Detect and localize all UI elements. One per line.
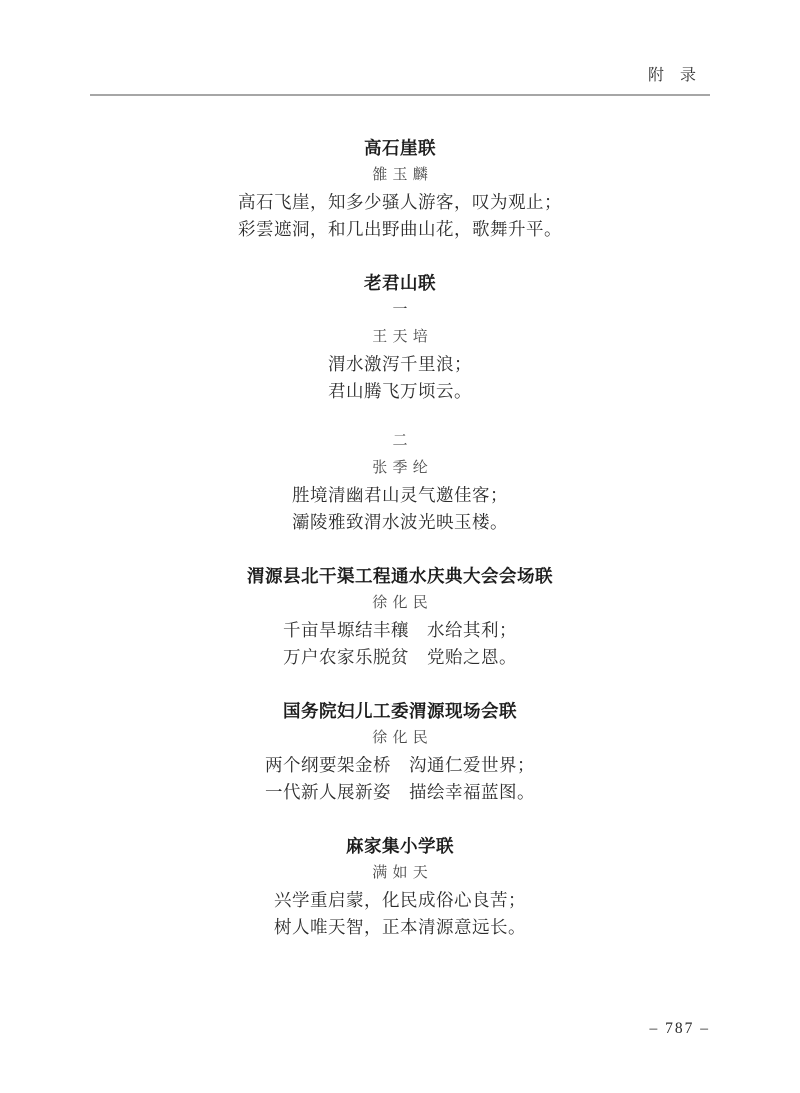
couplet-section: 徐化民 千亩旱塬结丰穰 水给其利； 万户农家乐脱贫 党贻之恩。 xyxy=(90,590,710,671)
page-number: – 787 – xyxy=(650,1020,711,1038)
author-name: 张季纶 xyxy=(90,455,710,482)
page-header: 附 录 xyxy=(90,0,710,96)
couplet-block-fuergongwei: 国务院妇儿工委渭源现场会联 徐化民 两个纲要架金桥 沟通仁爱世界； 一代新人展新… xyxy=(90,698,710,806)
header-rule xyxy=(90,94,710,96)
couplet-line-upper: 高石飞崖，知多少骚人游客，叹为观止； xyxy=(90,189,710,216)
couplet-title: 老君山联 xyxy=(90,270,710,297)
couplet-section: 徐化民 两个纲要架金桥 沟通仁爱世界； 一代新人展新姿 描绘幸福蓝图。 xyxy=(90,725,710,806)
section-number: 二 xyxy=(90,428,710,455)
couplet-line-lower: 君山腾飞万顷云。 xyxy=(90,378,710,405)
couplet-line-lower: 彩雲遮洞，和几出野曲山花，歌舞升平。 xyxy=(90,216,710,243)
couplet-block-beiganqu: 渭源县北干渠工程通水庆典大会会场联 徐化民 千亩旱塬结丰穰 水给其利； 万户农家… xyxy=(90,563,710,671)
page-content: 高石崖联 雒玉麟 高石飞崖，知多少骚人游客，叹为观止； 彩雲遮洞，和几出野曲山花… xyxy=(90,135,710,941)
book-page: 附 录 高石崖联 雒玉麟 高石飞崖，知多少骚人游客，叹为观止； 彩雲遮洞，和几出… xyxy=(0,0,800,1093)
couplet-section-1: 一 王天培 渭水激泻千里浪； 君山腾飞万顷云。 xyxy=(90,297,710,405)
couplet-block-gaoshiya: 高石崖联 雒玉麟 高石飞崖，知多少骚人游客，叹为观止； 彩雲遮洞，和几出野曲山花… xyxy=(90,135,710,243)
author-name: 雒玉麟 xyxy=(90,162,710,189)
couplet-block-laojunshan: 老君山联 一 王天培 渭水激泻千里浪； 君山腾飞万顷云。 二 张季纶 胜境清幽君… xyxy=(90,270,710,536)
couplet-line-upper: 千亩旱塬结丰穰 水给其利； xyxy=(90,617,710,644)
couplet-line-lower: 灞陵雅致渭水波光映玉楼。 xyxy=(90,509,710,536)
couplet-line-upper: 胜境清幽君山灵气邀佳客； xyxy=(90,482,710,509)
couplet-section: 雒玉麟 高石飞崖，知多少骚人游客，叹为观止； 彩雲遮洞，和几出野曲山花，歌舞升平… xyxy=(90,162,710,243)
couplet-section: 满如天 兴学重启蒙，化民成俗心良苦； 树人唯天智，正本清源意远长。 xyxy=(90,860,710,941)
author-name: 徐化民 xyxy=(90,590,710,617)
couplet-title: 高石崖联 xyxy=(90,135,710,162)
couplet-title: 渭源县北干渠工程通水庆典大会会场联 xyxy=(90,563,710,590)
couplet-line-upper: 渭水激泻千里浪； xyxy=(90,351,710,378)
couplet-line-lower: 树人唯天智，正本清源意远长。 xyxy=(90,914,710,941)
couplet-line-lower: 万户农家乐脱贫 党贻之恩。 xyxy=(90,644,710,671)
couplet-title: 国务院妇儿工委渭源现场会联 xyxy=(90,698,710,725)
author-name: 王天培 xyxy=(90,324,710,351)
running-head: 附 录 xyxy=(90,66,710,86)
couplet-line-upper: 两个纲要架金桥 沟通仁爱世界； xyxy=(90,752,710,779)
section-number: 一 xyxy=(90,297,710,324)
couplet-title: 麻家集小学联 xyxy=(90,833,710,860)
couplet-block-majiaji: 麻家集小学联 满如天 兴学重启蒙，化民成俗心良苦； 树人唯天智，正本清源意远长。 xyxy=(90,833,710,941)
couplet-line-upper: 兴学重启蒙，化民成俗心良苦； xyxy=(90,887,710,914)
author-name: 徐化民 xyxy=(90,725,710,752)
couplet-section-2: 二 张季纶 胜境清幽君山灵气邀佳客； 灞陵雅致渭水波光映玉楼。 xyxy=(90,428,710,536)
couplet-line-lower: 一代新人展新姿 描绘幸福蓝图。 xyxy=(90,779,710,806)
author-name: 满如天 xyxy=(90,860,710,887)
